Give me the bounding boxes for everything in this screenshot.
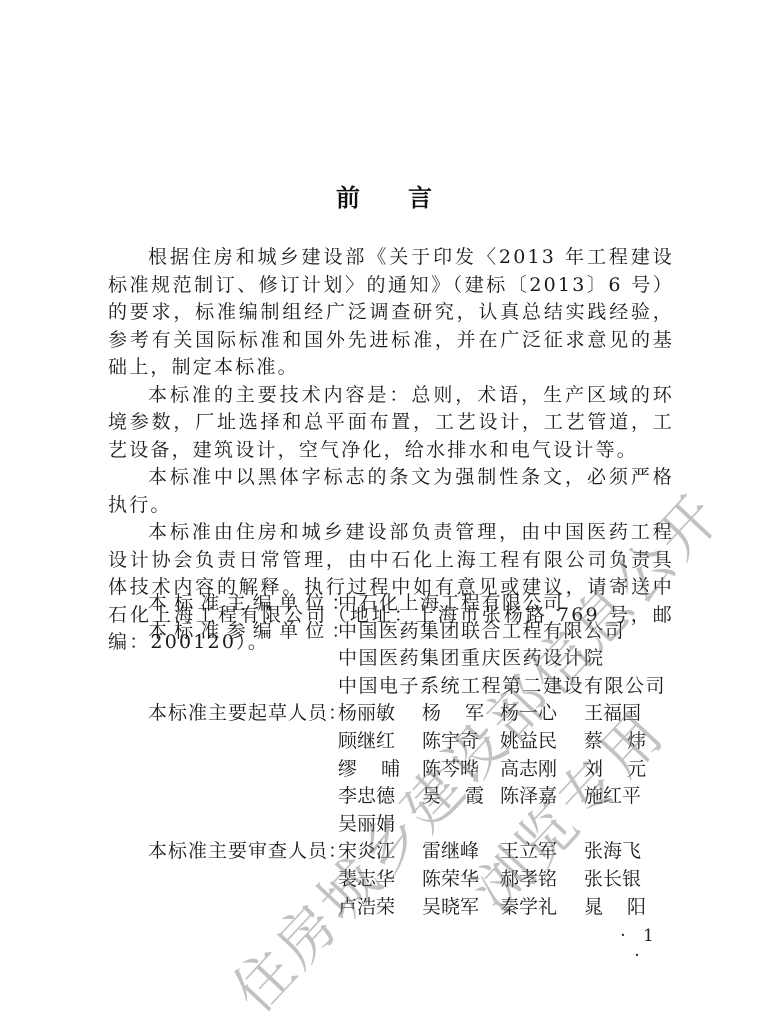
participating-org: 中国电子系统工程第二建设有限公司: [338, 673, 688, 701]
person-name: 高志刚: [500, 756, 584, 784]
page-title: 前言: [0, 178, 768, 213]
person-name: 郝孝铭: [500, 866, 584, 894]
person-name: 刘元: [584, 756, 646, 784]
reviewers-row: 本标准主要审查人员： 宋炎江雷继峰王立军张海飞裴志华陈荣华郝孝铭张长银卢浩荣吴晓…: [148, 838, 688, 921]
person-name: 杨丽敏: [338, 700, 422, 728]
drafters-label: 本标准主要起草人员：: [148, 700, 338, 838]
person-name: 李忠德: [338, 783, 422, 811]
person-name: 杨军: [422, 700, 484, 728]
person-name: 晁阳: [584, 894, 646, 922]
participating-org: 中国医药集团联合工程有限公司: [338, 618, 688, 646]
person-name: 张长银: [584, 866, 664, 894]
contributors-section: 本标准主编单位： 中石化上海工程有限公司 本标准参编单位： 中国医药集团联合工程…: [148, 590, 688, 921]
paragraph-basis: 根据住房和城乡建设部《关于印发〈2013 年工程建设标准规范制订、修订计划〉的通…: [108, 244, 674, 382]
person-name: 吴丽娟: [338, 811, 422, 839]
person-name: 吴晓军: [422, 894, 500, 922]
person-name: 杨一心: [500, 700, 584, 728]
person-name: 张海飞: [584, 838, 664, 866]
person-name: 蔡炜: [584, 728, 646, 756]
paragraph-technical-content: 本标准的主要技术内容是：总则，术语，生产区域的环境参数，厂址选择和总平面布置，工…: [108, 382, 674, 465]
person-name: 雷继峰: [422, 838, 500, 866]
person-name: 姚益民: [500, 728, 584, 756]
chief-editor-row: 本标准主编单位： 中石化上海工程有限公司: [148, 590, 688, 618]
person-name: 吴霞: [422, 783, 484, 811]
reviewers-names: 宋炎江雷继峰王立军张海飞裴志华陈荣华郝孝铭张长银卢浩荣吴晓军秦学礼晁阳: [338, 838, 688, 921]
person-name: 缪晡: [338, 756, 400, 784]
person-name: 卢浩荣: [338, 894, 422, 922]
paragraph-mandatory-clauses: 本标准中以黑体字标志的条文为强制性条文，必须严格执行。: [108, 464, 674, 519]
person-name: 宋炎江: [338, 838, 422, 866]
chief-editor-org: 中石化上海工程有限公司: [338, 590, 688, 618]
person-name: 陈荣华: [422, 866, 500, 894]
participating-org: 中国医药集团重庆医药设计院: [338, 645, 688, 673]
chief-editor-label: 本标准主编单位：: [148, 590, 338, 618]
person-name: 陈泽嘉: [500, 783, 584, 811]
participating-units-row: 本标准参编单位： 中国医药集团联合工程有限公司 中国医药集团重庆医药设计院 中国…: [148, 618, 688, 701]
person-name: 王立军: [500, 838, 584, 866]
person-name: 陈宇奇: [422, 728, 500, 756]
person-name: 陈芩晔: [422, 756, 500, 784]
person-name: 顾继红: [338, 728, 422, 756]
person-name: 施红平: [584, 783, 664, 811]
person-name: 秦学礼: [500, 894, 584, 922]
drafters-names: 杨丽敏杨军杨一心王福国顾继红陈宇奇姚益民蔡炜缪晡陈芩晔高志刚刘元李忠德吴霞陈泽嘉…: [338, 700, 688, 838]
participating-units-label: 本标准参编单位：: [148, 618, 338, 701]
reviewers-label: 本标准主要审查人员：: [148, 838, 338, 921]
person-name: 裴志华: [338, 866, 422, 894]
drafters-row: 本标准主要起草人员： 杨丽敏杨军杨一心王福国顾继红陈宇奇姚益民蔡炜缪晡陈芩晔高志…: [148, 700, 688, 838]
page-number: · 1 ·: [612, 926, 668, 966]
document-page: 前言 根据住房和城乡建设部《关于印发〈2013 年工程建设标准规范制订、修订计划…: [0, 0, 768, 1024]
person-name: 王福国: [584, 700, 664, 728]
